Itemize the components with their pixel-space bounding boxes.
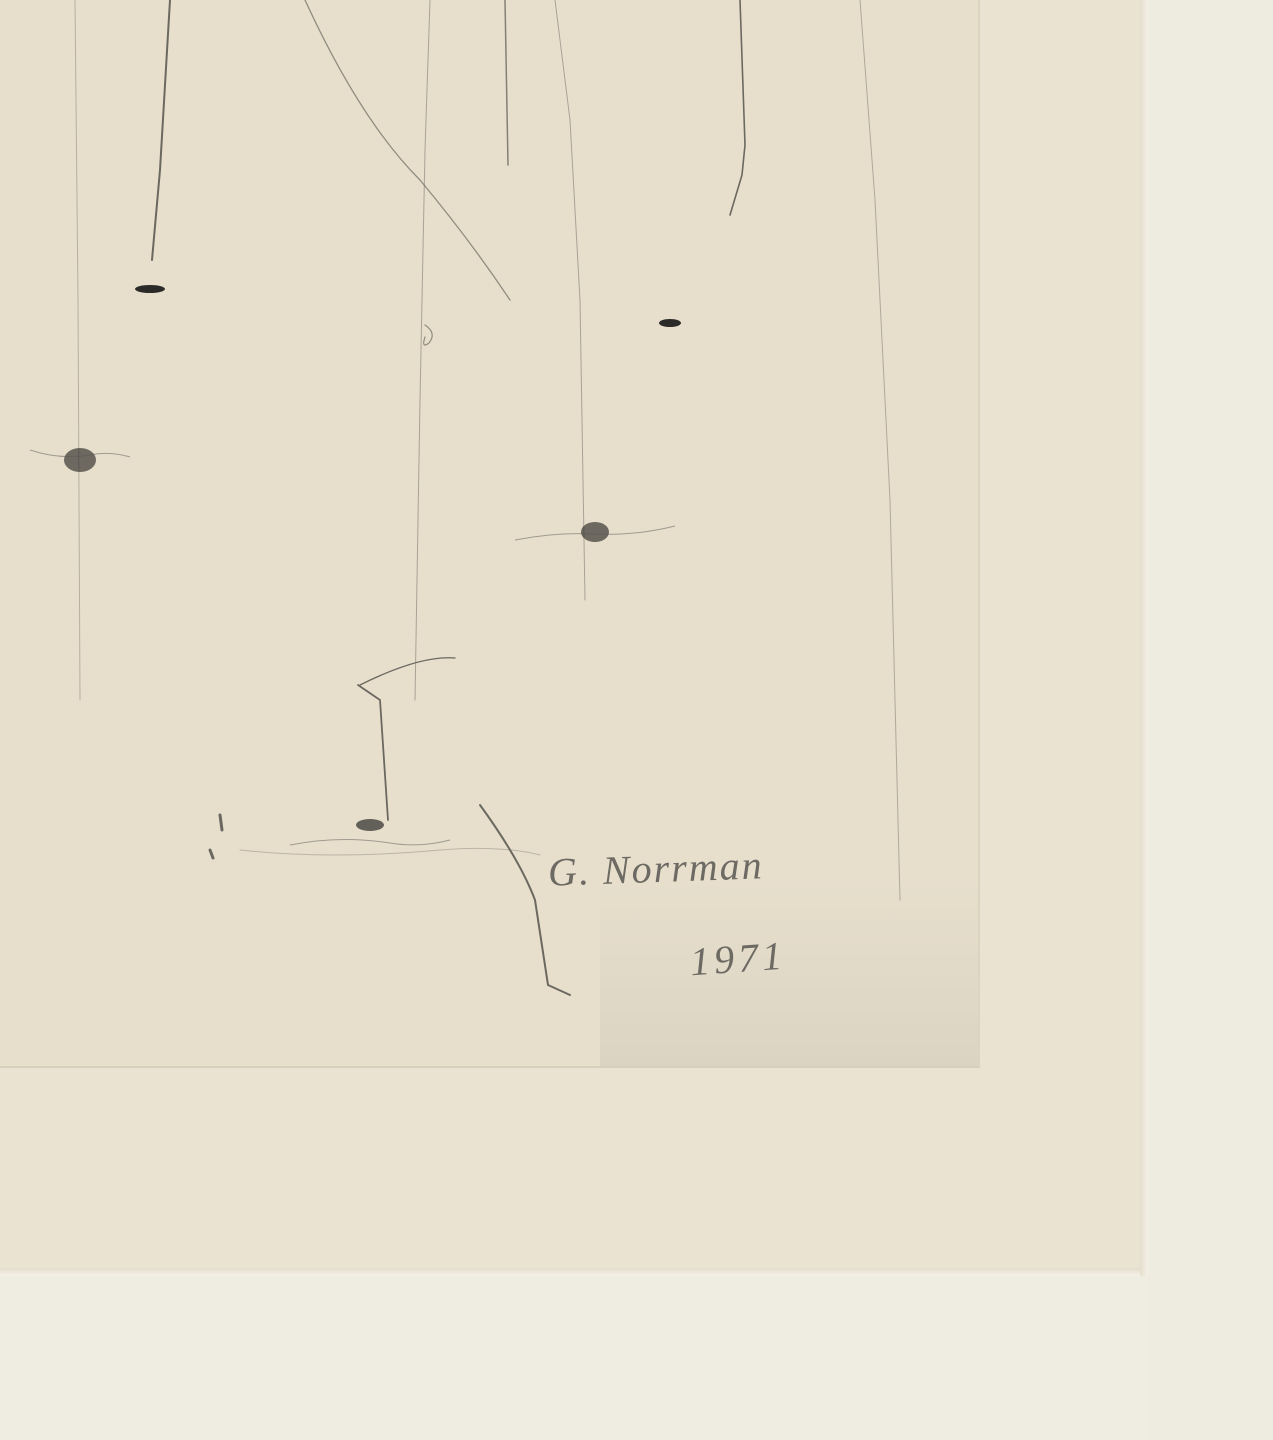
artwork-year: 1971 — [688, 932, 787, 986]
framed-artwork-photo: G. Norrman 1971 — [0, 0, 1273, 1440]
mat-right — [1148, 0, 1273, 1440]
pencil-drawing — [0, 0, 1273, 1440]
mat-bottom — [0, 1276, 1273, 1440]
artist-signature: G. Norrman — [547, 841, 764, 895]
